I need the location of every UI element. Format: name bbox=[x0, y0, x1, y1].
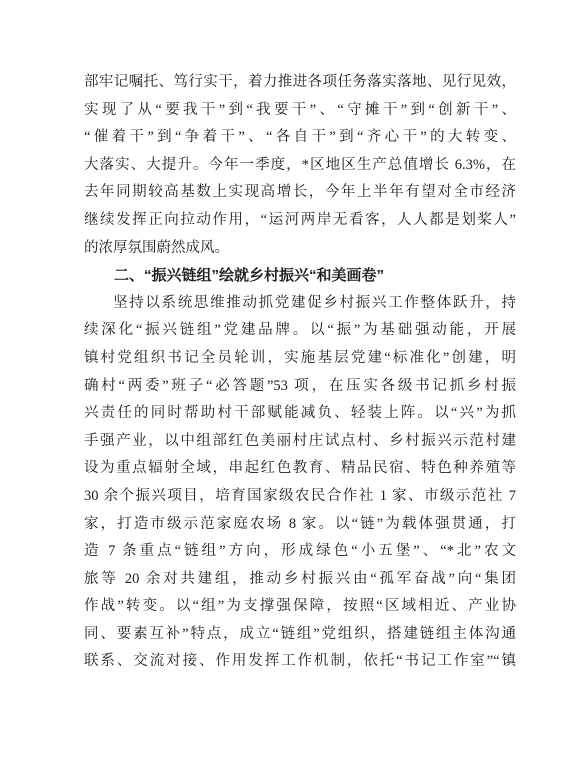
text-line: 实现了从“要我干”到“我要干”、“守摊干”到“创新干”、 bbox=[84, 97, 516, 125]
paragraph-1: 部牢记嘱托、笃行实干，着力推进各项任务落实落地、见行见效， 实现了从“要我干”到… bbox=[84, 69, 516, 262]
text-line: 30 余个振兴项目，培育国家级农民合作社 1 家、市级示范社 7 bbox=[84, 483, 516, 511]
paragraph-2: 坚持以系统思维推动抓党建促乡村振兴工作整体跃升，持 续深化“振兴链组”党建品牌。… bbox=[84, 290, 516, 676]
text-line: 确村“两委”班子“必答题”53 项，在压实各级书记抓乡村振 bbox=[84, 373, 516, 401]
text-line: 手强产业，以中组部红色美丽村庄试点村、乡村振兴示范村建 bbox=[84, 428, 516, 456]
text-line: 联系、交流对接、作用发挥工作机制，依托“书记工作室”“镇 bbox=[84, 648, 516, 676]
text-line: 同、要素互补”特点，成立“链组”党组织，搭建链组主体沟通 bbox=[84, 621, 516, 649]
text-line: 镇村党组织书记全员轮训，实施基层党建“标准化”创建，明 bbox=[84, 345, 516, 373]
text-line: 的浓厚氛围蔚然成风。 bbox=[84, 235, 516, 263]
text-line: 作战”转变。以“组”为支撑强保障，按照“区域相近、产业协 bbox=[84, 593, 516, 621]
text-line: 旅等 20 余对共建组，推动乡村振兴由“孤军奋战”向“集团 bbox=[84, 566, 516, 594]
text-line: 续深化“振兴链组”党建品牌。以“振”为基础强动能，开展 bbox=[84, 317, 516, 345]
text-line: 设为重点辐射全域，串起红色教育、精品民宿、特色种养殖等 bbox=[84, 455, 516, 483]
section-heading: 二、“振兴链组”绘就乡村振兴“和美画卷” bbox=[84, 262, 516, 290]
text-line: 兴责任的同时帮助村干部赋能减负、轻装上阵。以“兴”为抓 bbox=[84, 400, 516, 428]
text-line: 大落实、大提升。今年一季度，*区地区生产总值增长 6.3%，在 bbox=[84, 152, 516, 180]
text-line: 部牢记嘱托、笃行实干，着力推进各项任务落实落地、见行见效， bbox=[84, 69, 516, 97]
text-line: 家，打造市级示范家庭农场 8 家。以“链”为载体强贯通，打 bbox=[84, 511, 516, 539]
document-page: 部牢记嘱托、笃行实干，着力推进各项任务落实落地、见行见效， 实现了从“要我干”到… bbox=[0, 0, 586, 759]
text-line: 继续发挥正向拉动作用，“运河两岸无看客，人人都是划桨人” bbox=[84, 207, 516, 235]
text-line: “催着干”到“争着干”、“各自干”到“齐心干”的大转变、 bbox=[84, 124, 516, 152]
text-line: 坚持以系统思维推动抓党建促乡村振兴工作整体跃升，持 bbox=[84, 290, 516, 318]
text-line: 造 7 条重点“链组”方向，形成绿色“小五堡”、“*北”农文 bbox=[84, 538, 516, 566]
text-line: 去年同期较高基数上实现高增长，今年上半年有望对全市经济 bbox=[84, 179, 516, 207]
